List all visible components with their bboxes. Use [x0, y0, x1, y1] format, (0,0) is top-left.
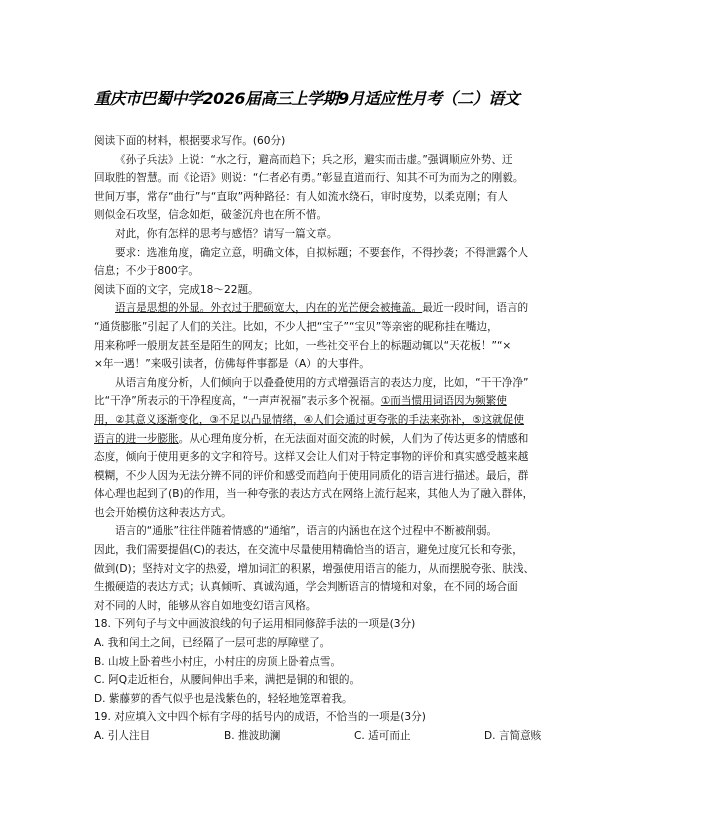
- question-18-option-b: B. 山坡上卧着些小村庄，小村庄的房顶上卧着点雪。: [94, 653, 552, 672]
- passage-line: 生搬硬造的表达方式；认真倾听、真诚沟通，学会判断语言的情境和对象，在不同的场合面: [94, 578, 552, 597]
- passage-line: 体心理也起到了(B)的作用，当一种夸张的表达方式在网络上流行起来，其他人为了融入…: [94, 485, 552, 504]
- question-18-stem: 18. 下列句子与文中画波浪线的句子运用相同修辞手法的一项是(3分): [94, 615, 552, 634]
- passage-line: “通货膨胀”引起了人们的关注。比如，不少人把“宝子”“宝贝”等亲密的昵称挂在嘴边…: [94, 318, 552, 337]
- passage-text: 。从心理角度分析，在无法面对面交流的时候，人们为了传达更多的情感和: [179, 433, 529, 445]
- writing-material-line: 世间万事，常存“曲行”与“直取”两种路径：有人如流水绕石，审时度势，以柔克刚；有…: [94, 188, 552, 207]
- question-19-stem: 19. 对应填入文中四个标有字母的括号内的成语，不恰当的一项是(3分): [94, 708, 552, 727]
- writing-material-line: 《孙子兵法》上说：“水之行，避高而趋下；兵之形，避实而击虚。”强调顺应外势、迂: [94, 151, 552, 170]
- question-19-option-b: B. 推波助澜: [224, 727, 354, 746]
- passage-line: 对不同的人时，能够从容自如地变幻语言风格。: [94, 597, 552, 616]
- underlined-sentence: 语言的进一步膨胀: [94, 433, 179, 445]
- writing-material-line: 回取胜的智慧。而《论语》则说：“仁者必有勇。”彰显直道而行、知其不可为而为之的刚…: [94, 169, 552, 188]
- passage-line: 比“干净”所表示的干净程度高，“一声声祝福”表示多个祝福。①而当惯用词语因为频繁…: [94, 392, 552, 411]
- passage-line: ×年一遇！”来吸引读者，仿佛每件事都是（A）的大事件。: [94, 355, 552, 374]
- writing-material-line: 则似金石攻坚，信念如炬，破釜沉舟也在所不惜。: [94, 206, 552, 225]
- question-19-option-c: C. 适可而止: [354, 727, 484, 746]
- passage-line: 也会开始模仿这种表达方式。: [94, 504, 552, 523]
- document-body: 阅读下面的材料，根据要求写作。(60分) 《孙子兵法》上说：“水之行，避高而趋下…: [94, 132, 552, 746]
- question-19-option-d: D. 言简意赅: [484, 727, 541, 746]
- question-18-option-a: A. 我和闰土之间，已经隔了一层可悲的厚障壁了。: [94, 634, 552, 653]
- question-18-option-d: D. 紫藤萝的香气似乎也是浅紫色的，轻轻地笼罩着我。: [94, 690, 552, 709]
- writing-prompt: 对此，你有怎样的思考与感悟？请写一篇文章。: [94, 225, 552, 244]
- writing-requirements-cont: 信息；不少于800字。: [94, 262, 552, 281]
- question-18-option-c: C. 阿Q走近柜台，从腰间伸出手来，满把是铜的和银的。: [94, 671, 552, 690]
- passage-line: 因此，我们需要提倡(C)的表达，在交流中尽量使用精确恰当的语言，避免过度冗长和夸…: [94, 541, 552, 560]
- passage-text: 比“干净”所表示的干净程度高，“一声声祝福”表示多个祝福。: [94, 395, 381, 407]
- passage-line: 用来称呼一般朋友甚至是陌生的网友；比如，一些社交平台上的标题动辄以“天花板！”“…: [94, 337, 552, 356]
- document-title: 重庆市巴蜀中学2026届高三上学期9月适应性月考（二）语文: [94, 86, 519, 109]
- question-19-options: A. 引人注目 B. 推波助澜 C. 适可而止 D. 言简意赅: [94, 727, 552, 746]
- writing-requirements: 要求：选准角度，确定立意，明确文体，自拟标题；不要套作，不得抄袭；不得泄露个人: [94, 244, 552, 263]
- underlined-sentence: ①而当惯用词语因为频繁使: [381, 395, 507, 407]
- passage-line: 从语言角度分析，人们倾向于以叠叠使用的方式增强语言的表达力度，比如，“干干净净”: [94, 374, 552, 393]
- passage-line: 语言的进一步膨胀。从心理角度分析，在无法面对面交流的时候，人们为了传达更多的情感…: [94, 430, 552, 449]
- passage-line: 语言是思想的外显。外衣过于肥硕宽大，内在的光芒便会被掩盖。最近一段时间，语言的: [94, 299, 552, 318]
- underlined-passage-line: 用，②其意义逐渐变化，③不足以凸显情绪，④人们会通过更夸张的手法来弥补，⑤这就促…: [94, 411, 552, 430]
- passage-line: 语言的“通胀”往往伴随着情感的“通缩”，语言的内涵也在这个过程中不断被削弱。: [94, 522, 552, 541]
- writing-instruction: 阅读下面的材料，根据要求写作。(60分): [94, 132, 552, 151]
- passage-line: 态度，倾向于使用更多的文字和符号。这样又会让人们对于特定事物的评价和真实感受越来…: [94, 448, 552, 467]
- passage-text: 最近一段时间，语言的: [422, 302, 528, 314]
- question-19-option-a: A. 引人注目: [94, 727, 224, 746]
- wavy-underlined-sentence: 语言是思想的外显。外衣过于肥硕宽大，内在的光芒便会被掩盖。: [115, 302, 422, 314]
- passage-line: 做到(D)；坚持对文字的热爱，增加词汇的积累，增强使用语言的能力，从而摆脱夸张、…: [94, 560, 552, 579]
- passage-line: 模糊，不少人因为无法分辨不同的评价和感受而趋向于使用同质化的语言进行描述。最后，…: [94, 467, 552, 486]
- reading-instruction: 阅读下面的文字，完成18～22题。: [94, 281, 552, 300]
